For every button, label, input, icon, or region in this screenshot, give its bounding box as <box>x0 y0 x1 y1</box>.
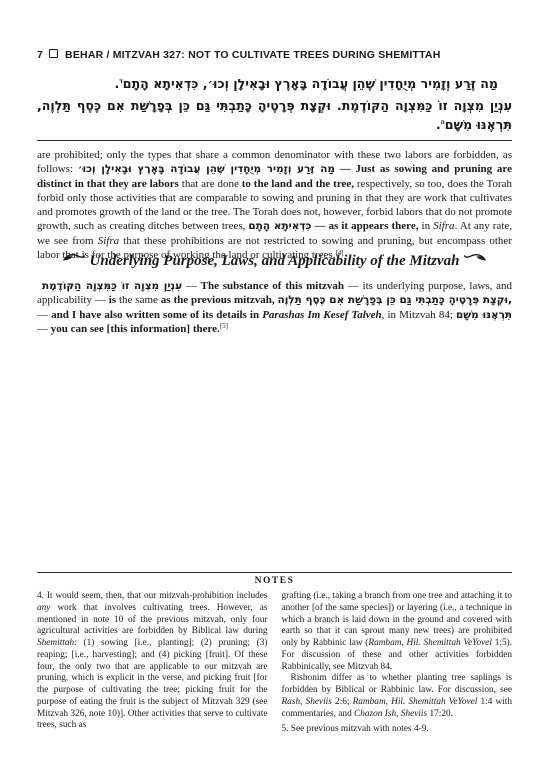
text-divider <box>37 140 512 141</box>
commentary-paragraph-2: עִנְיַן מִצְוָה זוֹ כַּמִּצְוָה הַקּוֹדֶ… <box>37 279 512 337</box>
book-page: 7BEHAR / MITZVAH 327: NOT TO CULTIVATE T… <box>0 0 550 778</box>
notes-column-left: 4. It would seem, then, that our mitzvah… <box>37 591 268 736</box>
page-number: 7 <box>37 49 43 61</box>
notes-section: NOTES 4. It would seem, then, that our m… <box>37 572 512 736</box>
note-4-continuation: grafting (i.e., taking a branch from one… <box>282 591 513 673</box>
section-heading: Underlying Purpose, Laws, and Applicabil… <box>37 253 512 270</box>
commentary-paragraph-1: are prohibited; only the types that shar… <box>37 148 512 263</box>
notes-columns: 4. It would seem, then, that our mitzvah… <box>37 591 512 736</box>
flourish-right-icon <box>464 251 486 268</box>
page-header: 7BEHAR / MITZVAH 327: NOT TO CULTIVATE T… <box>37 49 512 61</box>
section-heading-text: Underlying Purpose, Laws, and Applicabil… <box>90 253 460 269</box>
section-marker-icon <box>49 49 58 58</box>
note-4-second-paragraph: Rishonim differ as to whether planting t… <box>282 673 513 720</box>
page-title: BEHAR / MITZVAH 327: NOT TO CULTIVATE TR… <box>65 49 440 61</box>
note-4-paragraph: 4. It would seem, then, that our mitzvah… <box>37 591 268 732</box>
hebrew-text-block: מַה זֶּרַע וְזָמִיר מְיֻחָדִין שֶׁהֵן עֲ… <box>37 74 512 137</box>
flourish-left-icon <box>63 251 85 268</box>
hebrew-paragraph-main: עִנְיַן מִצְוָה זוֹ כַּמִּצְוָה הַקּוֹדֶ… <box>37 96 512 137</box>
notes-divider <box>37 572 512 573</box>
hebrew-paragraph-continuation: מַה זֶּרַע וְזָמִיר מְיֻחָדִין שֶׁהֵן עֲ… <box>37 74 512 96</box>
note-5-paragraph: 5. See previous mitzvah with notes 4-9. <box>282 724 513 736</box>
notes-column-right: grafting (i.e., taking a branch from one… <box>282 591 513 736</box>
notes-label: NOTES <box>37 576 512 586</box>
